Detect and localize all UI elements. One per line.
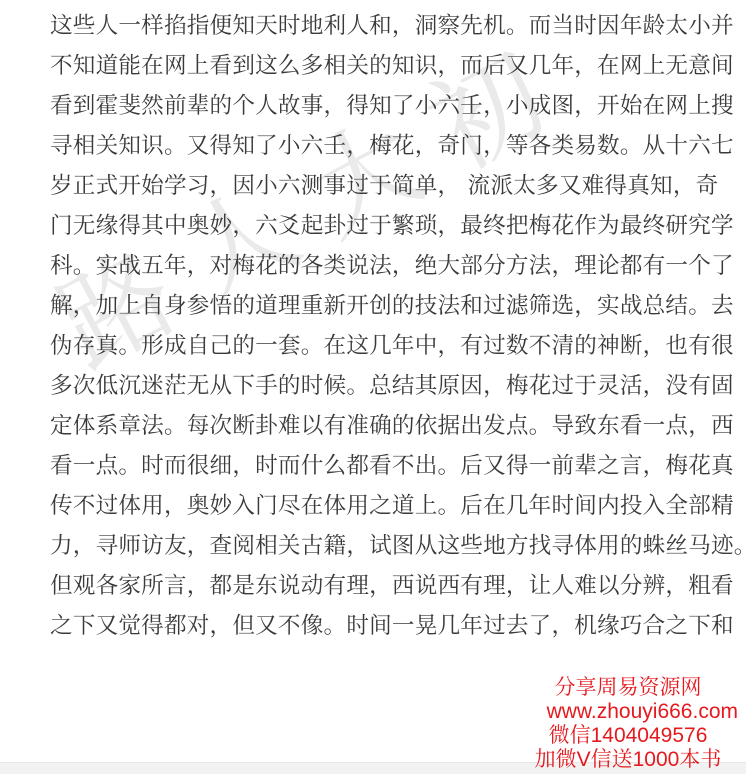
overlay-url: www.zhouyi666.com — [518, 700, 738, 724]
text-line: 科。实战五年，对梅花的各类说法，绝大部分方法，理论都有一个了 — [50, 246, 700, 286]
text-line: 力，寻师访友，查阅相关古籍，试图从这些地方找寻体用的蛛丝马迹。 — [50, 526, 700, 566]
text-line: 但观各家所言，都是东说动有理，西说西有理，让人难以分辨，粗看 — [50, 566, 700, 606]
document-page: 路人大初 这些人一样掐指便知天时地利人和，洞察先机。而当时因年龄太小并 不知道能… — [0, 0, 746, 762]
body-text: 这些人一样掐指便知天时地利人和，洞察先机。而当时因年龄太小并 不知道能在网上看到… — [50, 6, 700, 646]
text-line: 定体系章法。每次断卦难以有准确的依据出发点。导致东看一点，西 — [50, 406, 700, 446]
text-line: 看一点。时而很细，时而什么都看不出。后又得一前辈之言，梅花真 — [50, 446, 700, 486]
text-line: 岁正式开始学习，因小六测事过于简单， 流派太多又难得真知，奇 — [50, 166, 700, 206]
text-line: 看到霍斐然前辈的个人故事，得知了小六壬，小成图，开始在网上搜 — [50, 86, 700, 126]
text-line: 寻相关知识。又得知了小六壬，梅花，奇门，等各类易数。从十六七 — [50, 126, 700, 166]
text-line: 传不过体用，奥妙入门尽在体用之道上。后在几年时间内投入全部精 — [50, 486, 700, 526]
promo-overlay: 分享周易资源网 www.zhouyi666.com 微信1404049576 加… — [518, 676, 738, 772]
overlay-wechat: 微信1404049576 — [518, 724, 738, 748]
overlay-site-name: 分享周易资源网 — [518, 676, 738, 700]
text-line: 不知道能在网上看到这么多相关的知识，而后又几年，在网上无意间 — [50, 46, 700, 86]
text-line: 伪存真。形成自己的一套。在这几年中，有过数不清的神断，也有很 — [50, 326, 700, 366]
text-line: 解，加上自身参悟的道理重新开创的技法和过滤筛选，实战总结。去 — [50, 286, 700, 326]
text-line: 之下又觉得都对，但又不像。时间一晃几年过去了，机缘巧合之下和 — [50, 606, 700, 646]
text-line: 这些人一样掐指便知天时地利人和，洞察先机。而当时因年龄太小并 — [50, 6, 700, 46]
text-line: 多次低沉迷茫无从下手的时候。总结其原因，梅花过于灵活，没有固 — [50, 366, 700, 406]
text-line: 门无缘得其中奥妙，六爻起卦过于繁琐，最终把梅花作为最终研究学 — [50, 206, 700, 246]
overlay-promo: 加微V信送1000本书 — [518, 748, 738, 772]
